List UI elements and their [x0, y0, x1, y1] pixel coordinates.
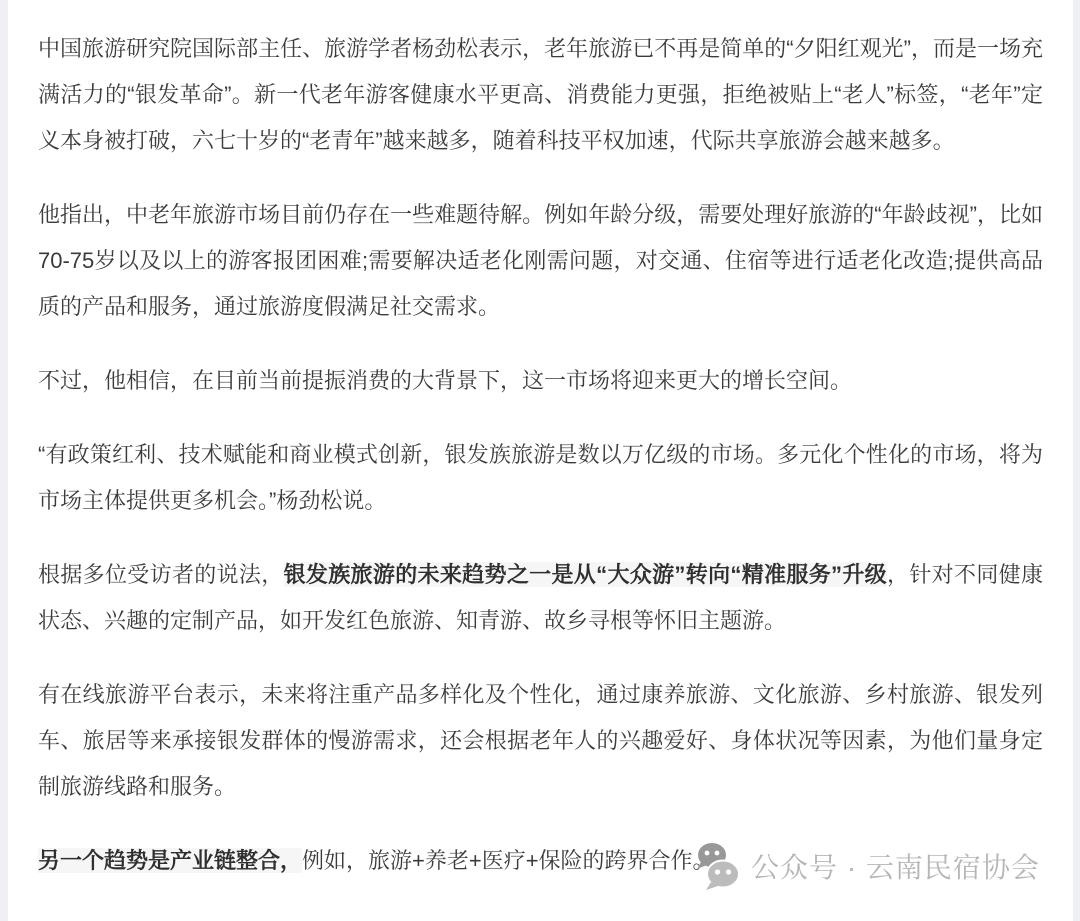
- paragraph-6: 有在线旅游平台表示，未来将注重产品多样化及个性化，通过康养旅游、文化旅游、乡村旅…: [38, 672, 1043, 810]
- paragraph-7: 另一个趋势是产业链整合，例如，旅游+养老+医疗+保险的跨界合作。: [38, 838, 1043, 884]
- body-text: “有政策红利、技术赋能和商业模式创新，银发族旅游是数以万亿级的市场。多元化个性化…: [38, 442, 1043, 513]
- article-body: 中国旅游研究院国际部主任、旅游学者杨劲松表示，老年旅游已不再是简单的“夕阳红观光…: [8, 0, 1073, 912]
- paragraph-5: 根据多位受访者的说法，银发族旅游的未来趋势之一是从“大众游”转向“精准服务”升级…: [38, 552, 1043, 644]
- paragraph-2: 他指出，中老年旅游市场目前仍存在一些难题待解。例如年龄分级，需要处理好旅游的“年…: [38, 192, 1043, 330]
- body-text: 他指出，中老年旅游市场目前仍存在一些难题待解。例如年龄分级，需要处理好旅游的“年…: [38, 202, 1043, 319]
- body-text: 例如，旅游+养老+医疗+保险的跨界合作。: [302, 848, 715, 873]
- paragraph-1: 中国旅游研究院国际部主任、旅游学者杨劲松表示，老年旅游已不再是简单的“夕阳红观光…: [38, 26, 1043, 164]
- body-text: 根据多位受访者的说法，: [38, 562, 284, 587]
- body-text: 有在线旅游平台表示，未来将注重产品多样化及个性化，通过康养旅游、文化旅游、乡村旅…: [38, 682, 1043, 799]
- body-text: 不过，他相信，在目前当前提振消费的大背景下，这一市场将迎来更大的增长空间。: [38, 368, 852, 393]
- body-text: 中国旅游研究院国际部主任、旅游学者杨劲松表示，老年旅游已不再是简单的“夕阳红观光…: [38, 36, 1043, 153]
- right-edge-strip: [1073, 0, 1080, 921]
- bold-highlight-text: 银发族旅游的未来趋势之一是从“大众游”转向“精准服务”升级: [284, 562, 887, 587]
- left-edge-strip: [0, 0, 8, 921]
- bold-highlight-text: 另一个趋势是产业链整合，: [38, 848, 302, 873]
- paragraph-4: “有政策红利、技术赋能和商业模式创新，银发族旅游是数以万亿级的市场。多元化个性化…: [38, 432, 1043, 524]
- paragraph-3: 不过，他相信，在目前当前提振消费的大背景下，这一市场将迎来更大的增长空间。: [38, 358, 1043, 404]
